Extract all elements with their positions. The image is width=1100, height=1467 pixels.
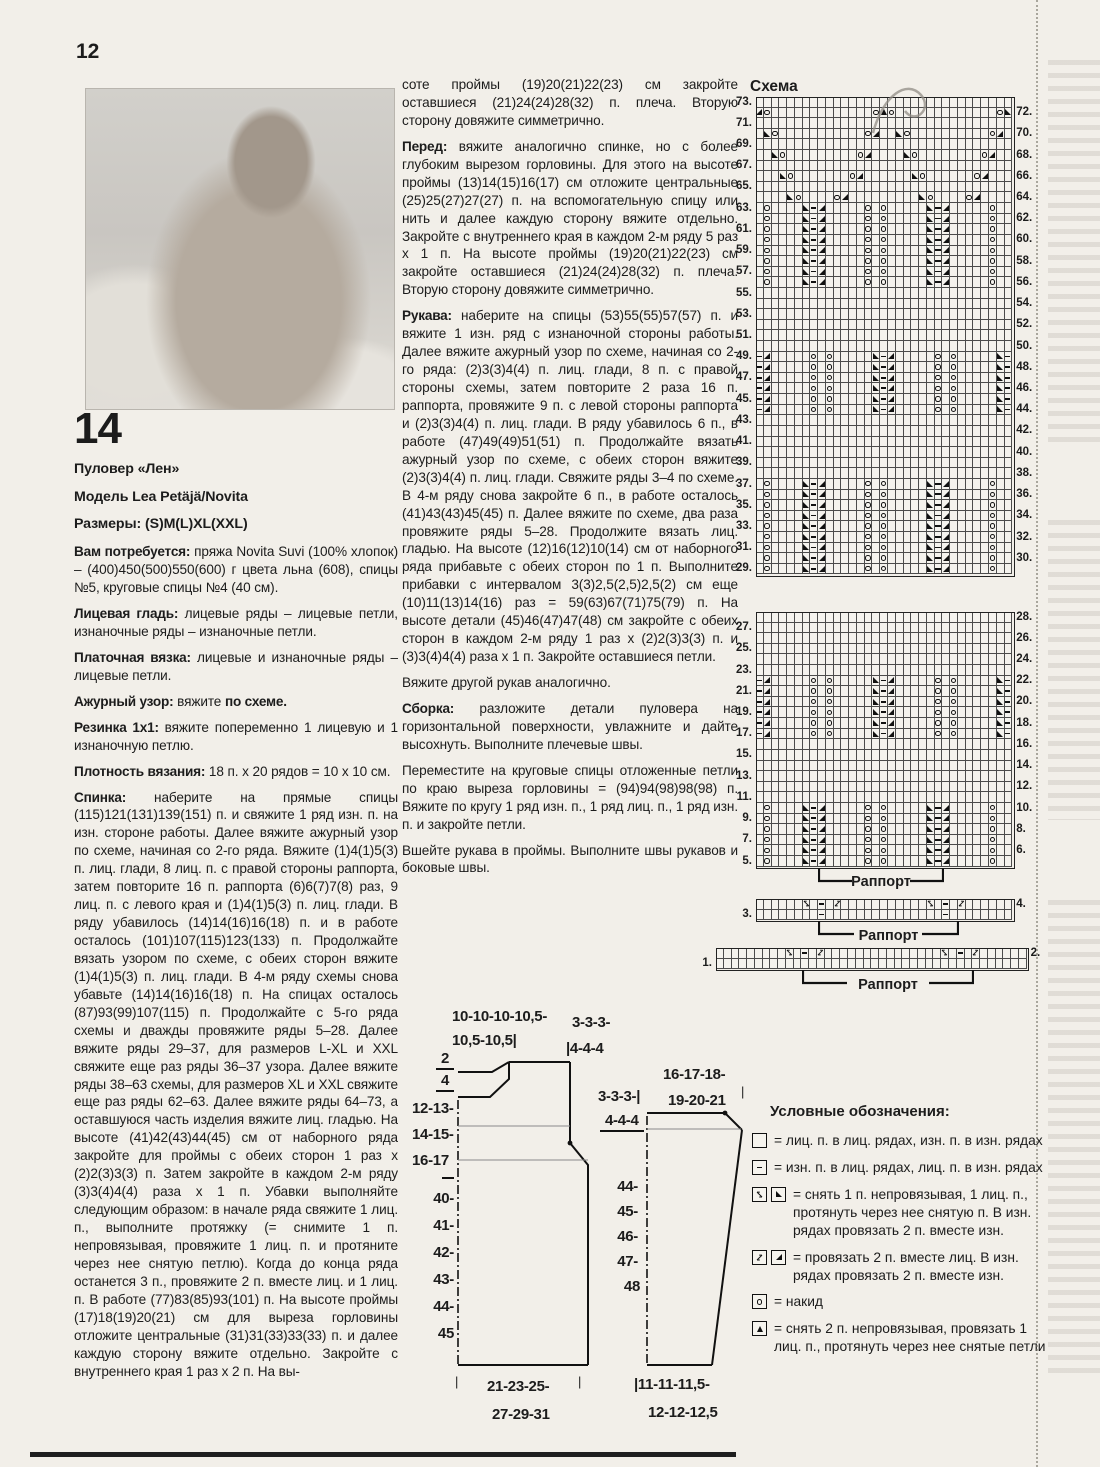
chart-cell (810, 192, 818, 203)
chart-cell (902, 948, 910, 959)
chart-cell (958, 341, 966, 352)
chart-cell (981, 845, 989, 856)
chart-cell (966, 729, 974, 740)
chart-cell (826, 750, 834, 761)
chart-cell (841, 654, 849, 665)
chart-cell (826, 437, 834, 448)
legend-text: = накид (774, 1293, 823, 1311)
chart-cell (764, 521, 772, 532)
measurement-label: 2 (436, 1050, 454, 1070)
chart-cell (958, 214, 966, 225)
chart-cell (872, 405, 880, 416)
chart-cell (818, 676, 826, 687)
chart-cell (880, 224, 888, 235)
chart-cell (772, 299, 780, 310)
chart-cell (857, 373, 865, 384)
chart-cell (795, 803, 803, 814)
chart-cell (756, 288, 764, 299)
yarn-over-icon (990, 513, 995, 518)
chart-cell (826, 899, 834, 910)
chart-cell (927, 383, 935, 394)
chart-cell (826, 686, 834, 697)
chart-cell (927, 686, 935, 697)
chart-cell (764, 500, 772, 511)
chart-cell (997, 299, 1005, 310)
chart-cell (904, 707, 912, 718)
chart-cell (927, 707, 935, 718)
chart-cell (779, 192, 787, 203)
chart-cell (904, 161, 912, 172)
chart-cell (795, 309, 803, 320)
chart-row: 6. (731, 845, 1042, 856)
chart-cell (989, 553, 997, 564)
chart-cell (818, 686, 826, 697)
chart-cell (981, 383, 989, 394)
purl-dash-icon (881, 701, 886, 703)
chart-cell (896, 426, 904, 437)
chart-cell (834, 150, 842, 161)
chart-cell (904, 267, 912, 278)
chart-cell (981, 309, 989, 320)
legend-icons (752, 1293, 767, 1309)
chart-cell (857, 320, 865, 331)
chart-cell (950, 256, 958, 267)
slip-decrease-icon (927, 502, 933, 508)
slip-decrease-icon (803, 279, 809, 285)
chart-cell (872, 623, 880, 634)
chart-cell (795, 511, 803, 522)
chart-cell (989, 341, 997, 352)
yarn-over-icon (881, 858, 886, 863)
chart-cell (919, 235, 927, 246)
chart-cell (803, 330, 811, 341)
measurement-label: 47- (602, 1253, 638, 1270)
k2tog-icon (764, 731, 770, 737)
purl-dash-icon (757, 356, 762, 358)
chart-cell (880, 277, 888, 288)
legend-item: = лиц. п. в лиц. рядах, изн. п. в изн. р… (752, 1132, 1054, 1150)
chart-cell (973, 373, 981, 384)
chart-cell (973, 782, 981, 793)
chart-cell (1005, 564, 1013, 575)
chart-cell (997, 612, 1005, 623)
chart-cell (764, 288, 772, 299)
chart-cell (942, 686, 950, 697)
chart-cell (795, 437, 803, 448)
chart-row: 9. (731, 814, 1042, 825)
chart-cell (756, 761, 764, 772)
neighbour-page-ghost (1048, 60, 1100, 450)
chart-cell (1003, 948, 1011, 959)
chart-row: 3. (731, 910, 1042, 921)
chart-cell (826, 856, 834, 867)
chart-cell (826, 490, 834, 501)
chart-cell (841, 899, 849, 910)
chart-cell (849, 373, 857, 384)
slip-decrease-icon (919, 194, 925, 200)
chart-cell (997, 644, 1005, 655)
purl-dash-icon (881, 690, 886, 692)
chart-cell (841, 277, 849, 288)
chart-cell (880, 718, 888, 729)
chart-cell (810, 171, 818, 182)
chart-cell (911, 267, 919, 278)
chart-cell (935, 771, 943, 782)
measurement-label: 48 (604, 1278, 640, 1295)
yarn-over-icon (827, 699, 832, 704)
k2tog-icon (819, 247, 825, 253)
chart-cell (927, 633, 935, 644)
chart-cell (841, 479, 849, 490)
chart-cell (779, 108, 787, 119)
chart-cell (904, 543, 912, 554)
chart-cell (950, 623, 958, 634)
chart-cell (919, 267, 927, 278)
chart-cell (872, 814, 880, 825)
chart-cell (950, 553, 958, 564)
row-number: 7. (731, 835, 756, 846)
chart-cell (997, 373, 1005, 384)
chart-cell (826, 792, 834, 803)
purl-dash-icon (935, 536, 940, 538)
chart-cell (966, 532, 974, 543)
chart-cell (841, 214, 849, 225)
chart-cell (950, 739, 958, 750)
yarn-over-icon (990, 248, 995, 253)
knitting-chart-rows-1-2: 2.1. (691, 948, 1057, 969)
chart-cell (880, 203, 888, 214)
slip-decrease-icon (803, 815, 809, 821)
chart-cell (950, 543, 958, 554)
chart-cell (810, 910, 818, 921)
chart-cell (880, 633, 888, 644)
chart-cell (904, 352, 912, 363)
chart-cell (927, 644, 935, 655)
chart-cell (865, 612, 873, 623)
chart-cell (927, 277, 935, 288)
chart-cell (872, 761, 880, 772)
chart-row: 45. (731, 394, 1042, 405)
chart-cell (966, 511, 974, 522)
chart-cell (794, 959, 802, 970)
chart-cell (779, 697, 787, 708)
purl-dash-icon (811, 493, 816, 495)
chart-cell (840, 948, 848, 959)
chart-row: 47. (731, 373, 1042, 384)
chart-cell (849, 845, 857, 856)
chart-cell (803, 203, 811, 214)
k2tog-open-icon (834, 900, 841, 907)
chart-cell (981, 139, 989, 150)
chart-row: 34. (731, 511, 1042, 522)
chart-cell (896, 761, 904, 772)
chart-cell (919, 532, 927, 543)
chart-cell (942, 235, 950, 246)
chart-cell (872, 330, 880, 341)
chart-cell (942, 341, 950, 352)
chart-cell (958, 612, 966, 623)
yarn-over-icon (865, 555, 870, 560)
chart-cell (857, 235, 865, 246)
chart-cell (764, 320, 772, 331)
chart-cell (927, 437, 935, 448)
chart-row: 31. (731, 543, 1042, 554)
chart-cell (795, 479, 803, 490)
slip-decrease-icon (787, 194, 793, 200)
chart-cell (981, 644, 989, 655)
chart-cell (997, 320, 1005, 331)
chart-cell (857, 288, 865, 299)
chart-cell (857, 564, 865, 575)
chart-cell (810, 299, 818, 310)
chart-cell (950, 707, 958, 718)
slip-decrease-icon (803, 269, 809, 275)
chart-cell (810, 458, 818, 469)
chart-cell (997, 426, 1005, 437)
chart-row: 5. (731, 856, 1042, 867)
chart-cell (942, 256, 950, 267)
chart-cell (888, 383, 896, 394)
chart-cell (818, 352, 826, 363)
paragraph: Перед: вяжите аналогично спинке, но с бо… (402, 138, 738, 299)
chart-cell (756, 782, 764, 793)
chart-cell (818, 468, 826, 479)
k2tog-icon (819, 513, 825, 519)
chart-cell (809, 948, 817, 959)
chart-cell (849, 654, 857, 665)
chart-cell (772, 447, 780, 458)
chart-cell (966, 521, 974, 532)
chart-cell (764, 277, 772, 288)
chart-cell (896, 665, 904, 676)
chart-cell (966, 835, 974, 846)
chart-cell (880, 139, 888, 150)
chart-cell (772, 277, 780, 288)
chart-cell (841, 394, 849, 405)
chart-cell (973, 224, 981, 235)
chart-cell (818, 490, 826, 501)
chart-cell (764, 437, 772, 448)
chart-cell (857, 899, 865, 910)
chart-cell (772, 405, 780, 416)
chart-cell (927, 330, 935, 341)
chart-cell (997, 845, 1005, 856)
chart-cell (950, 150, 958, 161)
chart-cell (935, 214, 943, 225)
chart-cell (904, 447, 912, 458)
chart-cell (904, 490, 912, 501)
chart-cell (787, 309, 795, 320)
chart-cell (865, 161, 873, 172)
chart-cell (981, 739, 989, 750)
chart-cell (779, 750, 787, 761)
chart-cell (919, 330, 927, 341)
chart-cell (841, 511, 849, 522)
chart-cell (795, 405, 803, 416)
chart-cell (849, 426, 857, 437)
paragraph: Спинка: наберите на прямые спицы (115)12… (74, 789, 398, 1381)
chart-cell (989, 246, 997, 257)
chart-cell (787, 246, 795, 257)
purl-dash-icon (811, 249, 816, 251)
chart-cell (803, 782, 811, 793)
chart-cell (756, 394, 764, 405)
paragraph: Резинка 1х1: вяжите попеременно 1 лицеву… (74, 719, 398, 755)
chart-cell (919, 171, 927, 182)
yarn-over-icon (827, 396, 832, 401)
measurement-label: 44- (602, 1178, 638, 1195)
chart-cell (981, 330, 989, 341)
chart-cell (942, 707, 950, 718)
chart-cell (958, 739, 966, 750)
chart-cell (950, 782, 958, 793)
chart-cell (864, 959, 872, 970)
chart-cell (810, 543, 818, 554)
chart-cell (896, 490, 904, 501)
chart-cell (865, 707, 873, 718)
purl-dash-icon (935, 547, 940, 549)
chart-cell (888, 654, 896, 665)
k2tog-icon (764, 688, 770, 694)
chart-cell (958, 171, 966, 182)
page-number: 12 (76, 40, 99, 64)
chart-row: 49. (731, 352, 1042, 363)
chart-cell (826, 108, 834, 119)
chart-cell (841, 564, 849, 575)
chart-cell (950, 500, 958, 511)
chart-cell (865, 803, 873, 814)
chart-cell (818, 623, 826, 634)
paragraph: Вам потребуется: пряжа Novita Suvi (100%… (74, 543, 398, 597)
chart-cell (834, 707, 842, 718)
k2tog-icon (943, 205, 949, 211)
chart-row: 12. (731, 782, 1042, 793)
chart-cell (772, 139, 780, 150)
chart-cell (989, 750, 997, 761)
chart-cell (942, 824, 950, 835)
chart-cell (879, 948, 887, 959)
chart-cell (981, 511, 989, 522)
chart-cell (888, 139, 896, 150)
chart-cell (997, 792, 1005, 803)
purl-dash-icon (1005, 377, 1010, 379)
purl-dash-icon (881, 733, 886, 735)
chart-cell (772, 824, 780, 835)
chart-cell (803, 814, 811, 825)
chart-cell (787, 845, 795, 856)
chart-cell (756, 553, 764, 564)
chart-cell (818, 521, 826, 532)
chart-cell (942, 553, 950, 564)
chart-cell (756, 171, 764, 182)
chart-cell (865, 405, 873, 416)
k2tog-icon (819, 555, 825, 561)
chart-cell (919, 203, 927, 214)
chart-cell (841, 415, 849, 426)
chart-cell (841, 224, 849, 235)
chart-cell (849, 750, 857, 761)
chart-cell (958, 235, 966, 246)
chart-cell (865, 267, 873, 278)
chart-cell (904, 383, 912, 394)
chart-cell (981, 203, 989, 214)
chart-cell (935, 707, 943, 718)
chart-cell (803, 341, 811, 352)
chart-cell (927, 856, 935, 867)
chart-cell (795, 553, 803, 564)
k2tog-icon (888, 375, 894, 381)
chart-cell (787, 447, 795, 458)
chart-cell (1005, 405, 1013, 416)
chart-cell (950, 490, 958, 501)
yarn-over-icon (881, 805, 886, 810)
chart-cell (997, 415, 1005, 426)
yarn-over-icon (865, 481, 870, 486)
chart-cell (865, 532, 873, 543)
chart-cell (981, 803, 989, 814)
chart-cell (795, 224, 803, 235)
k2tog-icon (842, 194, 848, 200)
chart-cell (818, 739, 826, 750)
chart-cell (865, 330, 873, 341)
yarn-over-icon (935, 678, 940, 683)
k2tog-icon (888, 406, 894, 412)
purl-dash-icon (1005, 409, 1010, 411)
chart-cell (872, 835, 880, 846)
chart-cell (888, 267, 896, 278)
chart-cell (950, 899, 958, 910)
chart-cell (779, 373, 787, 384)
chart-cell (888, 623, 896, 634)
chart-cell (1005, 511, 1013, 522)
chart-cell (888, 761, 896, 772)
chart-cell (803, 373, 811, 384)
chart-cell (981, 532, 989, 543)
chart-cell (942, 654, 950, 665)
chart-cell (826, 383, 834, 394)
yarn-over-icon (827, 386, 832, 391)
chart-cell (1005, 845, 1013, 856)
chart-cell (841, 500, 849, 511)
chart-cell (795, 161, 803, 172)
slip-decrease-icon (927, 544, 933, 550)
chart-cell (803, 532, 811, 543)
chart-cell (896, 405, 904, 416)
chart-cell (904, 171, 912, 182)
chart-cell (779, 246, 787, 257)
chart-cell (872, 246, 880, 257)
chart-cell (904, 500, 912, 511)
chart-cell (1005, 458, 1013, 469)
chart-cell (764, 171, 772, 182)
chart-cell (1005, 654, 1013, 665)
chart-cell (732, 959, 740, 970)
slip-decrease-icon (927, 555, 933, 561)
chart-cell (973, 458, 981, 469)
yarn-over-icon (764, 481, 769, 486)
chart-cell (958, 373, 966, 384)
chart-cell (989, 118, 997, 129)
chart-cell (896, 824, 904, 835)
chart-cell (795, 150, 803, 161)
chart-cell (997, 500, 1005, 511)
chart-cell (857, 256, 865, 267)
chart-cell (795, 814, 803, 825)
legend-text: = снять 2 п. непровязывая, провязать 1 л… (774, 1320, 1054, 1356)
yarn-over-icon (990, 555, 995, 560)
chart-cell (950, 235, 958, 246)
chart-cell (841, 352, 849, 363)
